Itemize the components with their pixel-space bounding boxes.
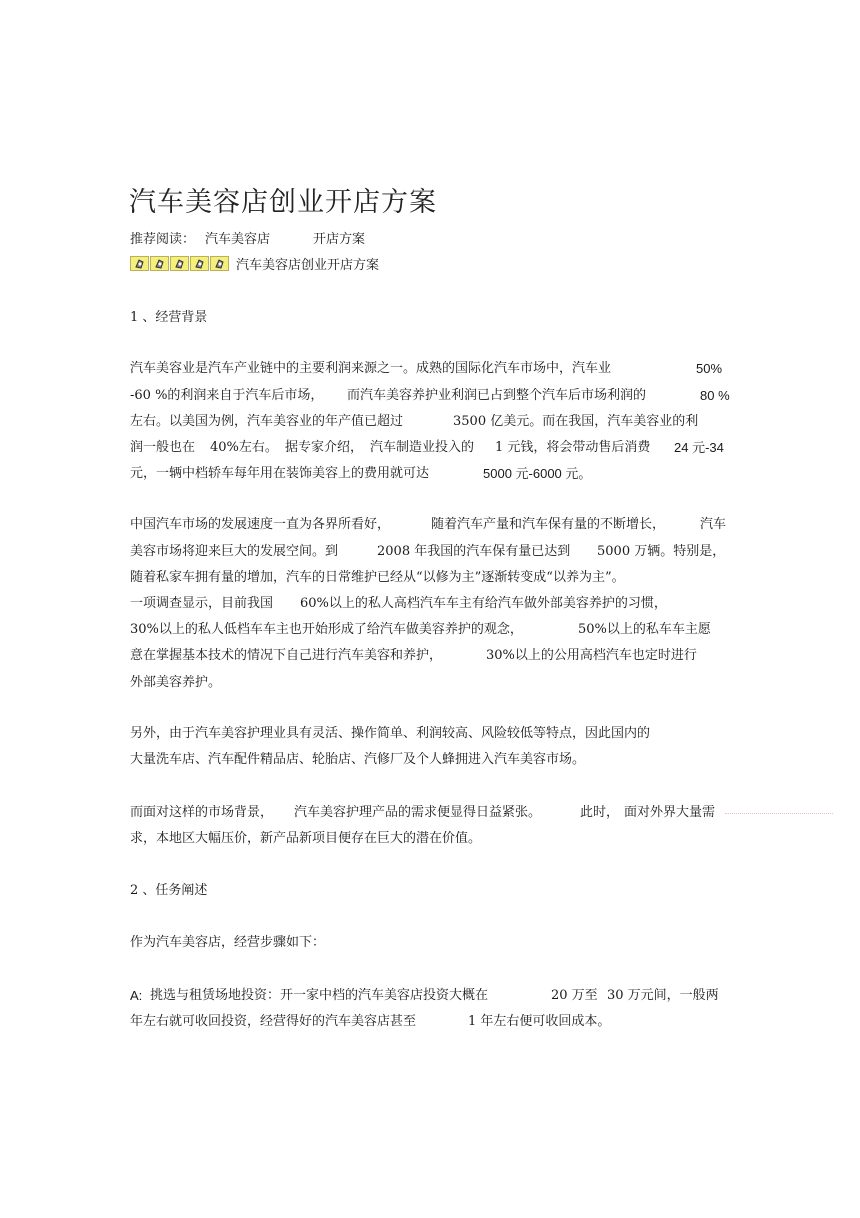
text-run: 汽车美容护理产品的需求便显得日益紧张。: [294, 805, 541, 821]
text-run: 汽车制造业投入的: [370, 440, 474, 456]
text-run: 外部美容养护。: [130, 675, 221, 691]
text-run: 1 年左右便可收回成本。: [468, 1014, 610, 1030]
section-heading-2: 2 、任务阐述: [130, 883, 207, 899]
document-title: 汽车美容店创业开店方案: [129, 180, 437, 219]
text-run: 而汽车美容养护业利润已占到整个汽车后市场利润的: [347, 388, 646, 404]
text-run: 中国汽车市场的发展速度一直为各界所看好，: [130, 517, 390, 533]
text-run: 据专家介绍，: [285, 440, 363, 456]
text-run: 50%: [696, 361, 722, 377]
doc-icon: [170, 256, 189, 271]
text-run: 一项调查显示，目前我国: [130, 596, 273, 612]
rating-icons: [130, 256, 229, 272]
text-run: 5000 万辆。特别是，: [597, 544, 725, 560]
recommend-label: 推荐阅读：: [130, 232, 195, 248]
text-run: 挑选与租赁场地投资：开一家中档的汽车美容店投资大概在: [150, 988, 488, 1004]
document-page: 汽车美容店创业开店方案 推荐阅读： 汽车美容店 开店方案 汽车美容店创业开店方案…: [0, 0, 860, 1218]
text-run: 3500 亿美元。而在我国，汽车美容业的利: [453, 414, 698, 430]
doc-icon: [210, 256, 229, 271]
text-run: 润一般也在: [130, 440, 195, 456]
text-run: 而面对这样的市场背景，: [130, 805, 273, 821]
text-run: 面对外界大量需: [624, 805, 715, 821]
text-run: 20 万至: [551, 988, 598, 1004]
text-run: 另外，由于汽车美容护理业具有灵活、操作简单、利润较高、风险较低等特点，因此国内的: [130, 726, 650, 742]
doc-icon: [150, 256, 169, 271]
text-run: 大量洗车店、汽车配件精品店、轮胎店、汽修厂及个人蜂拥进入汽车美容市场。: [130, 752, 585, 768]
text-run: 汽车: [700, 517, 726, 533]
text-run: 1 元钱，将会带动售后消费: [495, 440, 650, 456]
doc-icon: [190, 256, 209, 271]
doc-icon: [130, 256, 149, 271]
text-run: 此时，: [580, 805, 619, 821]
text-run: 30 万元间，一般两: [607, 988, 719, 1004]
rating-caption: 汽车美容店创业开店方案: [236, 258, 379, 274]
text-run: 作为汽车美容店，经营步骤如下：: [130, 935, 325, 951]
text-run: 60%以上的私人高档汽车车主有给汽车做外部美容养护的习惯，: [300, 596, 667, 612]
text-run: 30%以上的私人低档车车主也开始形成了给汽车做美容养护的观念，: [130, 622, 523, 638]
text-run: 24 元-34: [674, 440, 724, 456]
recommend-link-opening-plan[interactable]: 开店方案: [313, 232, 365, 248]
text-run: 汽车美容业是汽车产业链中的主要利润来源之一。成熟的国际化汽车市场中，汽车业: [130, 361, 611, 377]
text-run: 求，本地区大幅压价，新产品新项目便存在巨大的潜在价值。: [130, 831, 481, 847]
text-run: 50%以上的私车车主愿: [578, 622, 711, 638]
text-run: 美容市场将迎来巨大的发展空间。到: [130, 544, 338, 560]
text-run: -60 %的利润来自于汽车后市场，: [130, 388, 323, 404]
text-run: 随着汽车产量和汽车保有量的不断增长，: [431, 517, 665, 533]
text-run: 40%左右。: [210, 440, 278, 456]
text-run: 随着私家车拥有量的增加，汽车的日常维护已经从“以修为主”逐渐转变成“以养为主”。: [130, 570, 625, 586]
text-run: 30%以上的公用高档汽车也定时进行: [486, 648, 697, 664]
text-run: 5000 元-6000 元。: [483, 466, 591, 482]
text-run: 元，一辆中档轿车每年用在装饰美容上的费用就可达: [130, 466, 429, 482]
text-run: 左右。以美国为例，汽车美容业的年产值已超过: [130, 414, 403, 430]
recommend-link-car-beauty-shop[interactable]: 汽车美容店: [205, 232, 270, 248]
text-run: 2008 年我国的汽车保有量已达到: [377, 544, 570, 560]
text-run: 年左右就可收回投资，经营得好的汽车美容店甚至: [130, 1014, 416, 1030]
text-run: A:: [130, 988, 142, 1004]
dotted-line: [725, 813, 833, 814]
text-run: 意在掌握基本技术的情况下自己进行汽车美容和养护，: [130, 648, 442, 664]
text-run: 80 %: [700, 388, 730, 404]
section-heading-1: 1 、经营背景: [130, 310, 207, 326]
